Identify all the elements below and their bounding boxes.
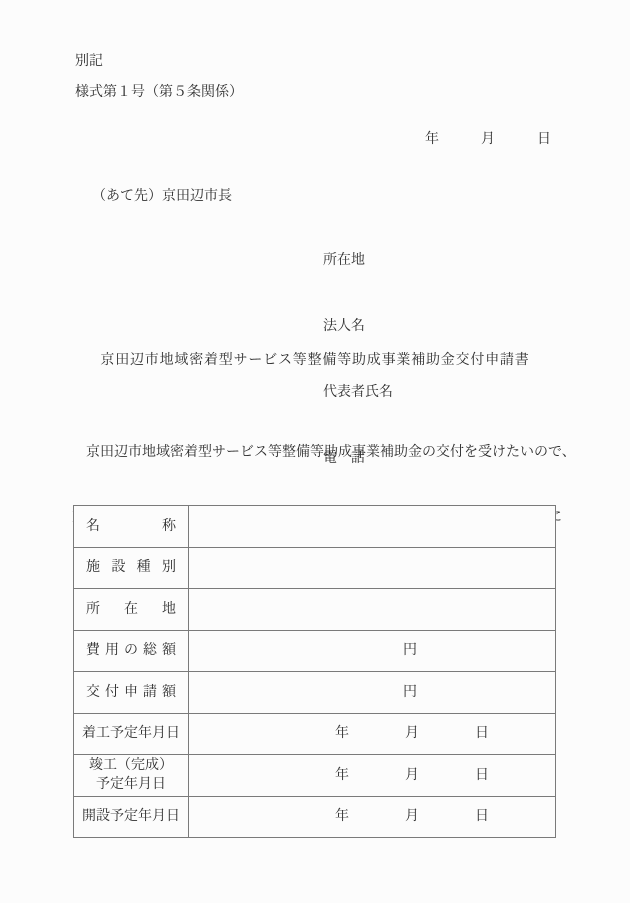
row-value-location (189, 589, 555, 630)
table-row-requested-amount: 交付申請額 円 (74, 672, 555, 714)
row-value-opening-date: 年 月 日 (189, 797, 555, 838)
form-number: 様式第１号（第５条関係） (75, 83, 243, 102)
row-value-requested-amount: 円 (189, 672, 555, 713)
date-line: 年 月 日 (425, 130, 551, 149)
row-value-construction-start-date: 年 月 日 (189, 714, 555, 755)
row-value-name (189, 506, 555, 547)
yen-unit-label: 円 (189, 641, 417, 660)
row-label-opening-date: 開設予定年月日 (74, 807, 188, 826)
document-title: 京田辺市地域密着型サービス等整備等助成事業補助金交付申請書 (0, 351, 630, 370)
table-row-construction-start-date: 着工予定年月日 年 月 日 (74, 714, 555, 756)
row-label-construction-start-date: 着工予定年月日 (74, 724, 188, 743)
date-placeholder: 年 月 日 (189, 724, 489, 743)
row-value-total-cost: 円 (189, 631, 555, 672)
sender-field-location: 所在地 (323, 251, 393, 279)
body-line-1: 京田辺市地域密着型サービス等整備等助成事業補助金の交付を受けたいので、 (72, 439, 592, 466)
row-label-requested-amount: 交付申請額 (86, 683, 176, 702)
margin-note: 別記 (75, 52, 103, 71)
table-row-name: 名称 (74, 506, 555, 548)
row-label-location: 所在地 (86, 600, 176, 619)
sender-field-corporation-name: 法人名 (323, 317, 393, 345)
row-label-facility-type: 施設種別 (86, 558, 176, 577)
row-value-completion-date: 年 月 日 (189, 755, 555, 796)
row-label-completion-date-line2: 予定年月日 (74, 775, 188, 794)
table-row-total-cost: 費用の総額 円 (74, 631, 555, 673)
addressee: （あて先）京田辺市長 (92, 187, 232, 206)
date-placeholder: 年 月 日 (189, 807, 489, 826)
table-row-location: 所在地 (74, 589, 555, 631)
table-row-facility-type: 施設種別 (74, 548, 555, 590)
row-value-facility-type (189, 548, 555, 589)
table-row-opening-date: 開設予定年月日 年 月 日 (74, 797, 555, 838)
application-table: 名称 施設種別 所在地 費用の総額 円 交付申請額 円 着工予定年月日 年 月 … (73, 505, 556, 838)
date-placeholder: 年 月 日 (189, 766, 489, 785)
row-label-completion-date-line1: 竣工（完成） (74, 756, 188, 775)
application-form-page: 別記 様式第１号（第５条関係） 年 月 日 （あて先）京田辺市長 所在地 法人名… (0, 0, 630, 903)
table-row-completion-date: 竣工（完成） 予定年月日 年 月 日 (74, 755, 555, 797)
yen-unit-label: 円 (189, 683, 417, 702)
row-label-total-cost: 費用の総額 (86, 641, 176, 660)
row-label-name: 名称 (86, 517, 176, 536)
